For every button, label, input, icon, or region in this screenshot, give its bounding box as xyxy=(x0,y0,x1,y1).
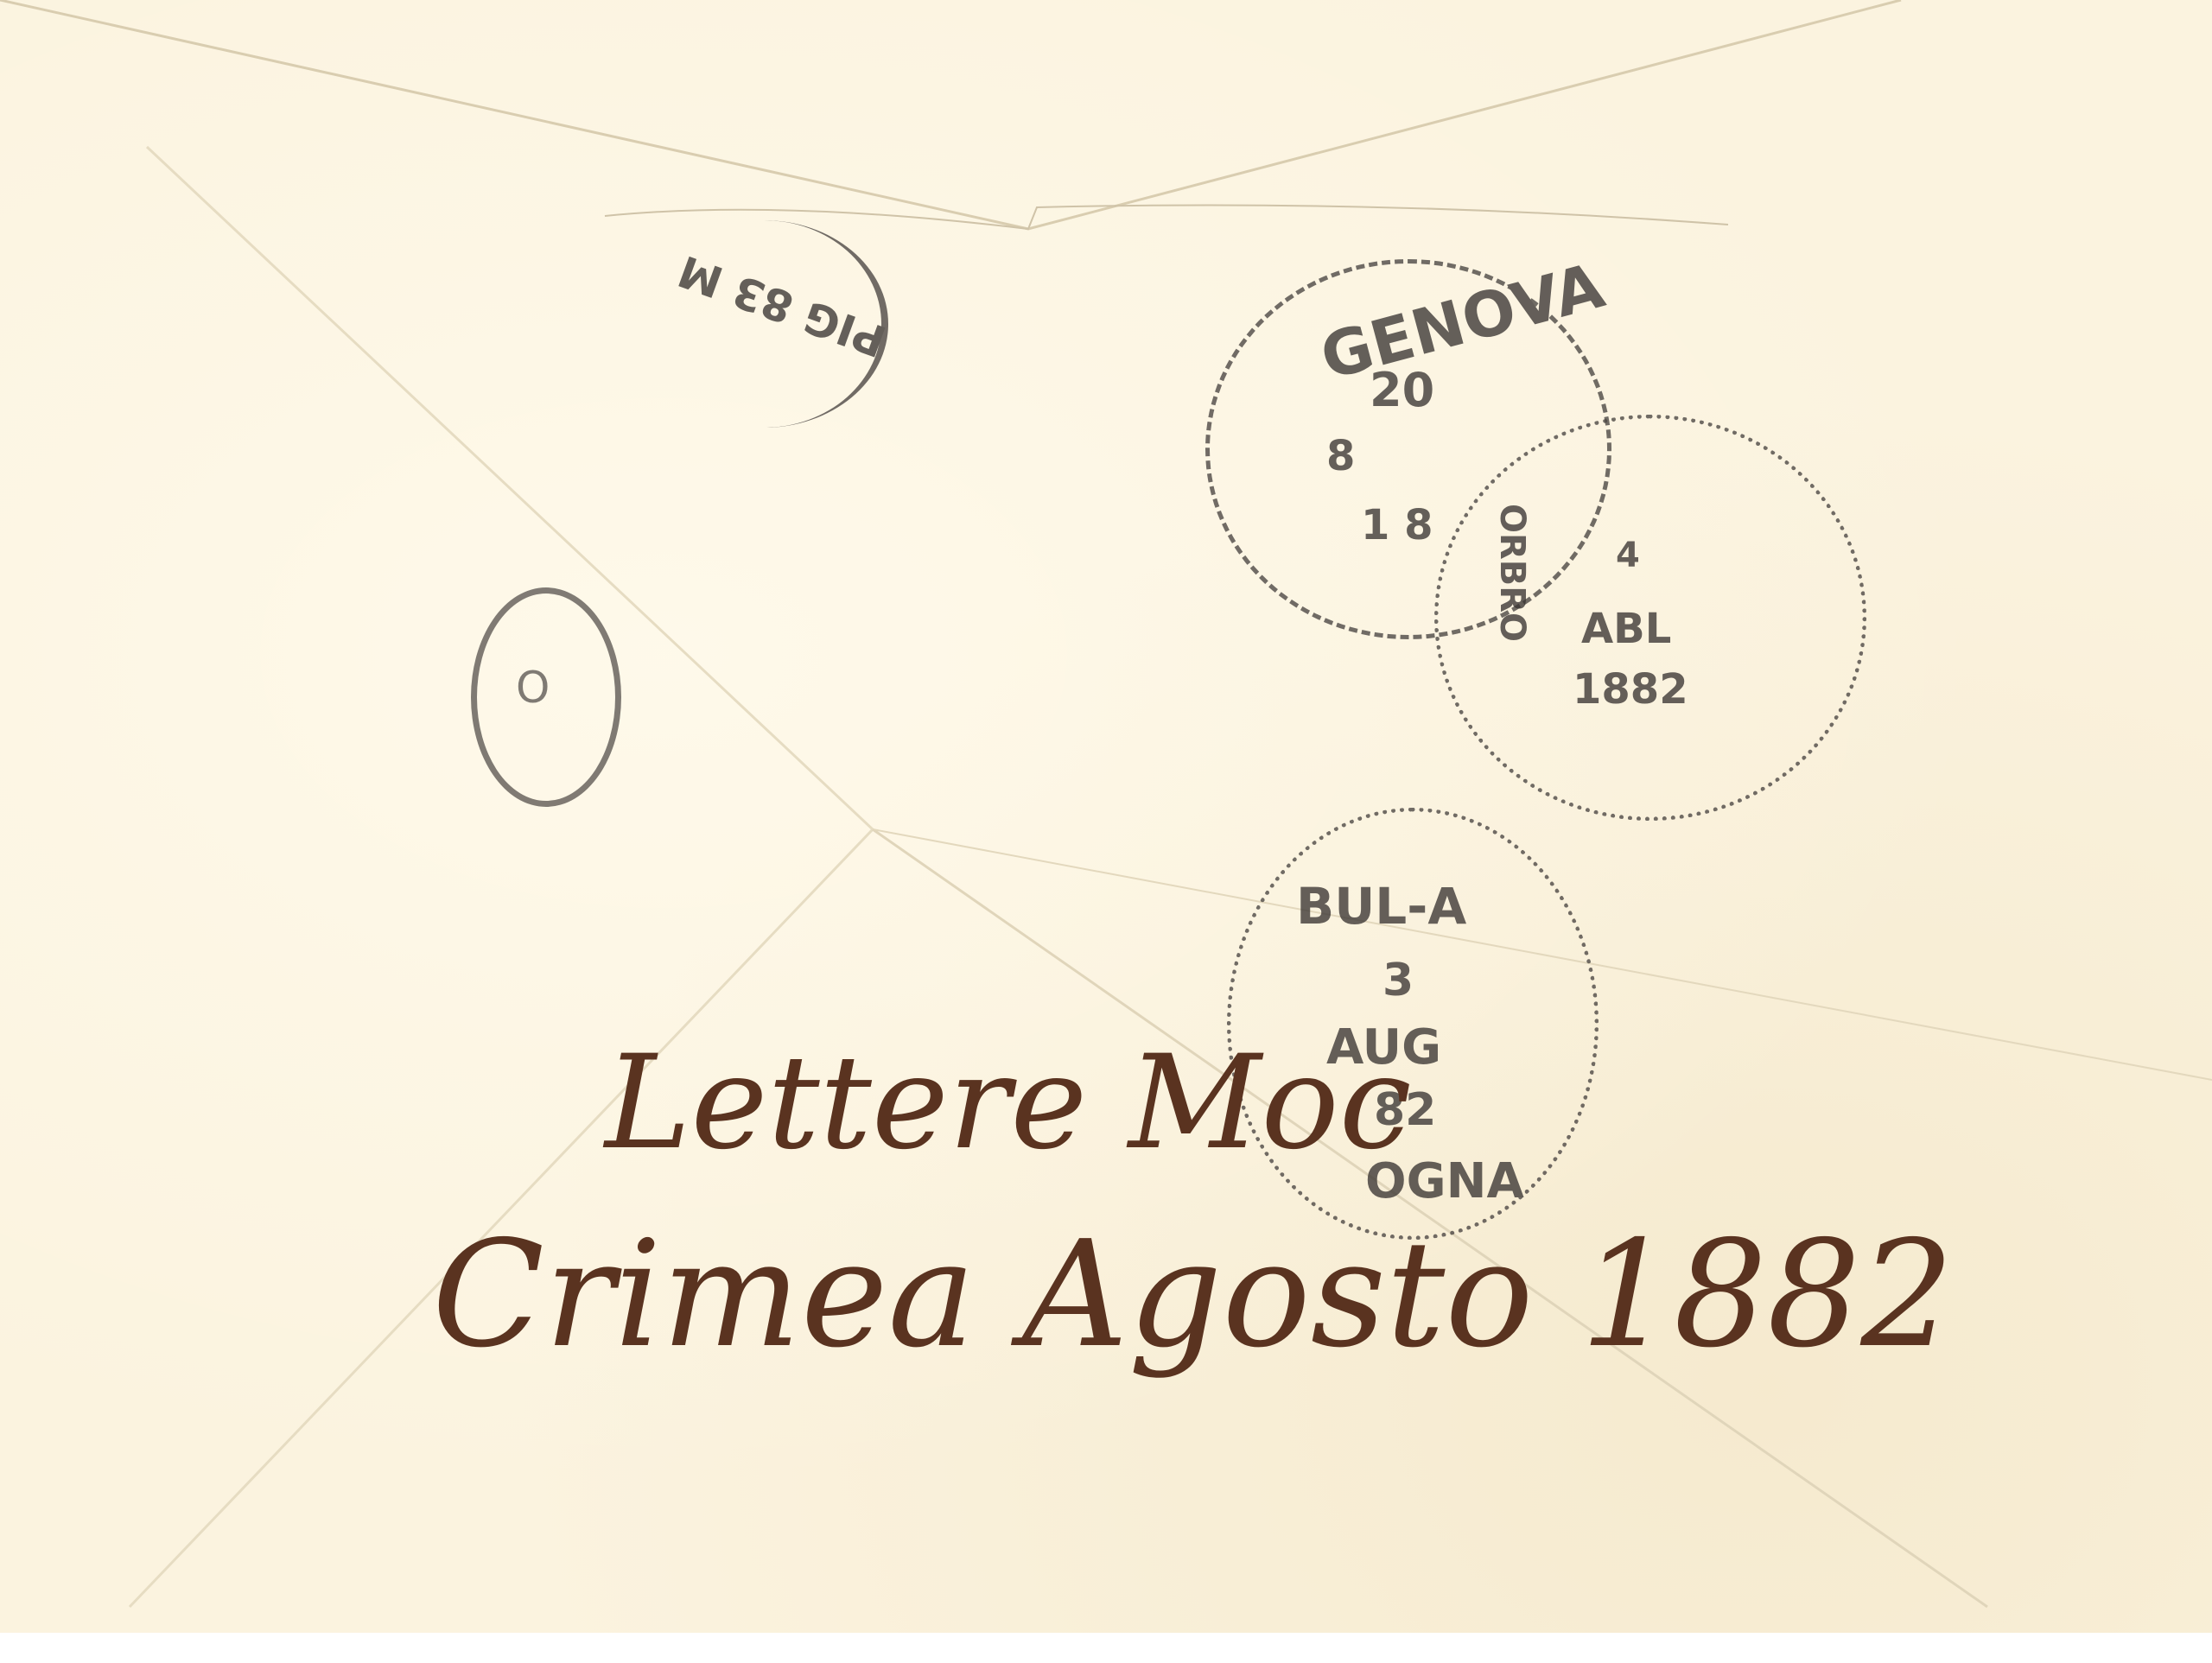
postmark-day: 20 xyxy=(1370,363,1434,417)
envelope-flaps xyxy=(0,0,2212,1633)
postmark-line: 1 8 xyxy=(1361,501,1433,549)
envelope-back: GENOVA 20 8 1 8 ORBRO 4 ABL 1882 BUL-A 3… xyxy=(0,0,2212,1633)
postmark-line: 8 xyxy=(1326,432,1355,480)
oval-text: O xyxy=(516,663,550,713)
handwritten-line-1: Lettere Moc xyxy=(605,1028,1412,1178)
handwritten-line-2: Crimea Agosto 1882 xyxy=(432,1209,1954,1381)
partial-postmark: PIG 83 M xyxy=(639,220,888,428)
postmark-side-text: ORBRO xyxy=(1492,504,1532,642)
postmark-text: PIG 83 M xyxy=(672,245,893,366)
postmark-day: 4 xyxy=(1616,536,1640,575)
postmark-year: 1882 xyxy=(1573,665,1688,714)
postmark-city: BUL-A xyxy=(1296,877,1466,936)
postmark-month: ABL xyxy=(1581,605,1671,653)
postmark-day: 3 xyxy=(1382,955,1414,1006)
second-postmark: ORBRO 4 ABL 1882 xyxy=(1434,415,1866,821)
oval-handstamp: O xyxy=(471,587,621,807)
